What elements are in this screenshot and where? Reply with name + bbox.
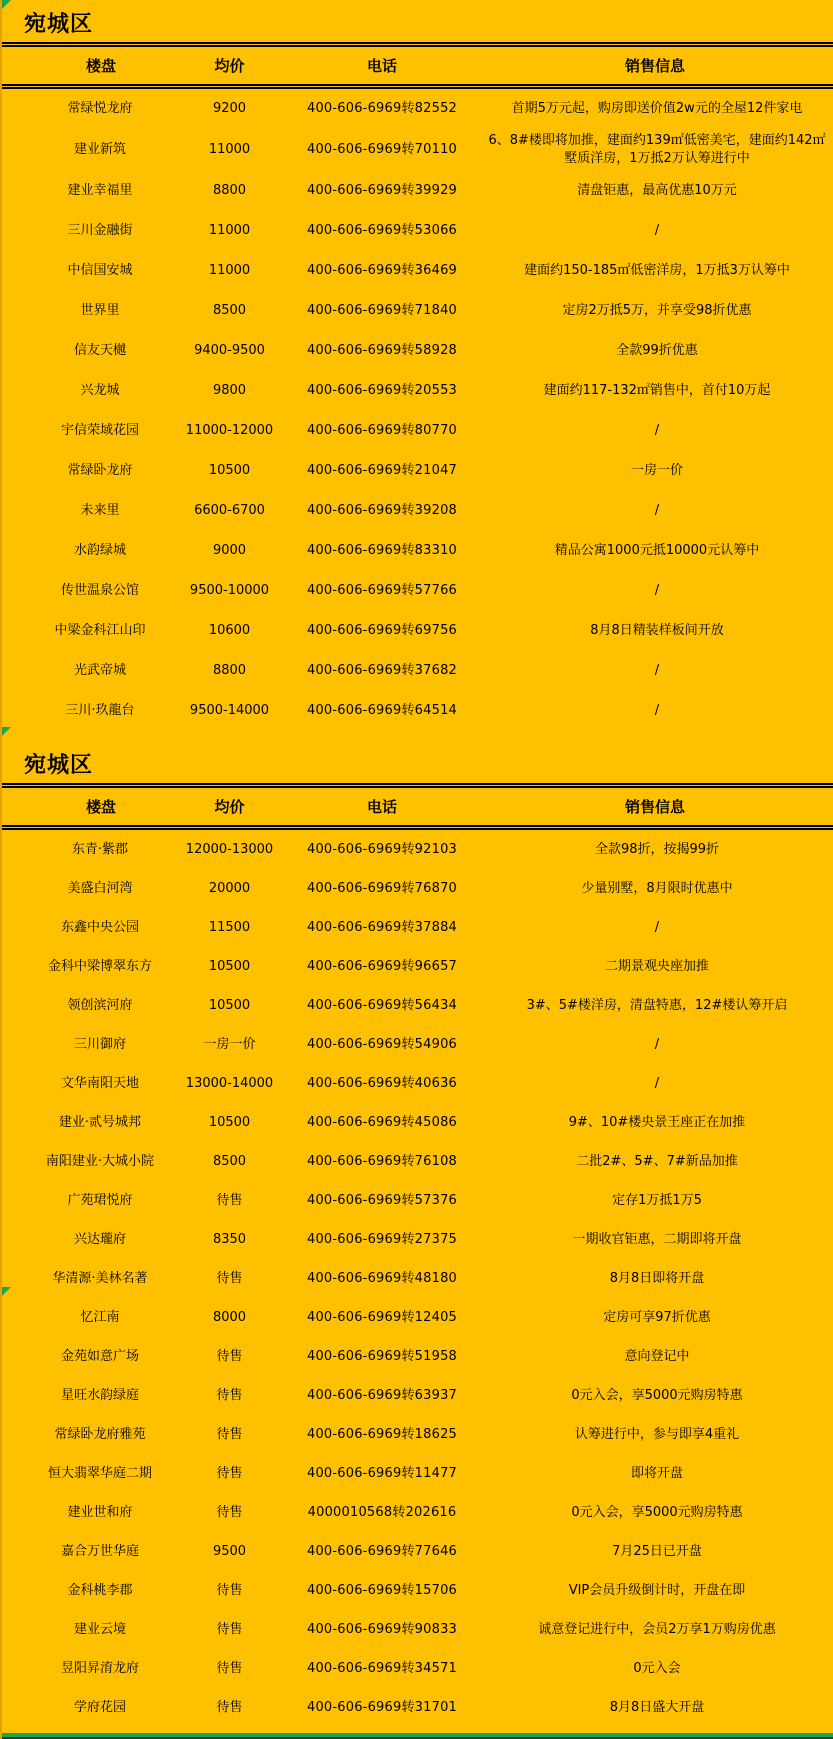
cell-avg-price: 8350 bbox=[172, 1228, 287, 1252]
table-row: 未来里 6600-6700 400-606-6969转39208 / bbox=[2, 491, 833, 531]
cell-property-name: 未来里 bbox=[2, 499, 172, 523]
column-header-name: 楼盘 bbox=[2, 796, 172, 817]
cell-avg-price: 11000 bbox=[172, 219, 287, 243]
cell-avg-price: 11000 bbox=[172, 138, 287, 162]
table-row: 星旺水韵绿庭 待售 400-606-6969转63937 0元入会，享5000元… bbox=[2, 1376, 833, 1415]
cell-avg-price: 10500 bbox=[172, 955, 287, 979]
cell-sales-info: / bbox=[477, 419, 833, 443]
cell-sales-info: / bbox=[477, 219, 833, 243]
cell-property-name: 光武帝城 bbox=[2, 659, 172, 683]
cell-phone-number: 400-606-6969转83310 bbox=[287, 539, 477, 563]
table-row: 学府花园 待售 400-606-6969转31701 8月8日盛大开盘 bbox=[2, 1688, 833, 1727]
cell-sales-info: 定存1万抵1万5 bbox=[477, 1189, 833, 1213]
cell-avg-price: 6600-6700 bbox=[172, 499, 287, 523]
cell-sales-info: 定房可享97折优惠 bbox=[477, 1306, 833, 1330]
table-row: 信友天樾 9400-9500 400-606-6969转58928 全款99折优… bbox=[2, 331, 833, 371]
cell-avg-price: 9500-14000 bbox=[172, 699, 287, 723]
cell-property-name: 忆江南 bbox=[2, 1306, 172, 1330]
cell-sales-info: VIP会员升级倒计时，开盘在即 bbox=[477, 1579, 833, 1603]
cell-sales-info: 3#、5#楼洋房，清盘特惠，12#楼认筹开启 bbox=[477, 994, 833, 1018]
table-row: 建业·贰号城邦 10500 400-606-6969转45086 9#、10#楼… bbox=[2, 1103, 833, 1142]
cell-phone-number: 4000010568转202616 bbox=[287, 1501, 477, 1525]
cell-sales-info: 全款99折优惠 bbox=[477, 339, 833, 363]
table-header-row: 楼盘 均价 电话 销售信息 bbox=[2, 783, 833, 830]
cell-avg-price: 待售 bbox=[172, 1384, 287, 1408]
cell-phone-number: 400-606-6969转51958 bbox=[287, 1345, 477, 1369]
cell-phone-number: 400-606-6969转39208 bbox=[287, 499, 477, 523]
cell-property-name: 常绿卧龙府雅苑 bbox=[2, 1423, 172, 1447]
table-row: 广苑珺悦府 待售 400-606-6969转57376 定存1万抵1万5 bbox=[2, 1181, 833, 1220]
cell-avg-price: 待售 bbox=[172, 1618, 287, 1642]
cell-avg-price: 10500 bbox=[172, 1111, 287, 1135]
cell-avg-price: 9200 bbox=[172, 97, 287, 121]
cell-sales-info: 定房2万抵5万，并享受98折优惠 bbox=[477, 299, 833, 323]
cell-avg-price: 8800 bbox=[172, 659, 287, 683]
cell-sales-info: 首期5万元起，购房即送价值2w元的全屋12件家电 bbox=[477, 97, 833, 121]
table-body: 东青·紫郡 12000-13000 400-606-6969转92103 全款9… bbox=[2, 830, 833, 1727]
cell-property-name: 宇信荣域花园 bbox=[2, 419, 172, 443]
table-row: 建业新筑 11000 400-606-6969转70110 6、8#楼即将加推，… bbox=[2, 129, 833, 171]
table-row: 领创滨河府 10500 400-606-6969转56434 3#、5#楼洋房，… bbox=[2, 986, 833, 1025]
table-row: 常绿卧龙府雅苑 待售 400-606-6969转18625 认筹进行中，参与即享… bbox=[2, 1415, 833, 1454]
table-row: 东鑫中央公园 11500 400-606-6969转37884 / bbox=[2, 908, 833, 947]
cell-sales-info: 一期收官钜惠，二期即将开盘 bbox=[477, 1228, 833, 1252]
cell-property-name: 美盛白河湾 bbox=[2, 877, 172, 901]
cell-sales-info: 少量别墅，8月限时优惠中 bbox=[477, 877, 833, 901]
cell-avg-price: 9500 bbox=[172, 1540, 287, 1564]
cell-avg-price: 11000 bbox=[172, 259, 287, 283]
cell-sales-info: 建面约150-185㎡低密洋房，1万抵3万认筹中 bbox=[477, 259, 833, 283]
cell-avg-price: 13000-14000 bbox=[172, 1072, 287, 1096]
cell-phone-number: 400-606-6969转48180 bbox=[287, 1267, 477, 1291]
column-header-name: 楼盘 bbox=[2, 55, 172, 76]
cell-avg-price: 待售 bbox=[172, 1579, 287, 1603]
cell-property-name: 领创滨河府 bbox=[2, 994, 172, 1018]
cell-phone-number: 400-606-6969转64514 bbox=[287, 699, 477, 723]
table-row: 嘉合万世华庭 9500 400-606-6969转77646 7月25日已开盘 bbox=[2, 1532, 833, 1571]
cell-property-name: 建业世和府 bbox=[2, 1501, 172, 1525]
cell-phone-number: 400-606-6969转39929 bbox=[287, 179, 477, 203]
cell-property-name: 学府花园 bbox=[2, 1696, 172, 1720]
cell-sales-info: / bbox=[477, 579, 833, 603]
table-row: 水韵绿城 9000 400-606-6969转83310 精品公寓1000元抵1… bbox=[2, 531, 833, 571]
cell-property-name: 兴达瓏府 bbox=[2, 1228, 172, 1252]
cell-phone-number: 400-606-6969转34571 bbox=[287, 1657, 477, 1681]
table-row: 南阳建业·大城小院 8500 400-606-6969转76108 二批2#、5… bbox=[2, 1142, 833, 1181]
cell-phone-number: 400-606-6969转31701 bbox=[287, 1696, 477, 1720]
cell-property-name: 常绿卧龙府 bbox=[2, 459, 172, 483]
cell-sales-info: 7月25日已开盘 bbox=[477, 1540, 833, 1564]
cell-phone-number: 400-606-6969转80770 bbox=[287, 419, 477, 443]
cell-sales-info: / bbox=[477, 1033, 833, 1057]
cell-phone-number: 400-606-6969转57376 bbox=[287, 1189, 477, 1213]
section-title: 宛城区 bbox=[24, 7, 93, 38]
table-row: 昱阳昇淯龙府 待售 400-606-6969转34571 0元入会 bbox=[2, 1649, 833, 1688]
table-row: 三川金融街 11000 400-606-6969转53066 / bbox=[2, 211, 833, 251]
section-title: 宛城区 bbox=[24, 748, 93, 779]
cell-phone-number: 400-606-6969转76108 bbox=[287, 1150, 477, 1174]
table-row: 建业云境 待售 400-606-6969转90833 诚意登记进行中，会员2万享… bbox=[2, 1610, 833, 1649]
cell-sales-info: 即将开盘 bbox=[477, 1462, 833, 1486]
cell-phone-number: 400-606-6969转69756 bbox=[287, 619, 477, 643]
cell-phone-number: 400-606-6969转45086 bbox=[287, 1111, 477, 1135]
cell-avg-price: 8800 bbox=[172, 179, 287, 203]
table-row: 建业幸福里 8800 400-606-6969转39929 清盘钜惠，最高优惠1… bbox=[2, 171, 833, 211]
cell-avg-price: 9400-9500 bbox=[172, 339, 287, 363]
cell-phone-number: 400-606-6969转77646 bbox=[287, 1540, 477, 1564]
cell-avg-price: 10600 bbox=[172, 619, 287, 643]
cell-phone-number: 400-606-6969转37682 bbox=[287, 659, 477, 683]
corner-mark-green-mid bbox=[2, 727, 11, 736]
cell-property-name: 金科中梁博翠东方 bbox=[2, 955, 172, 979]
cell-sales-info: 二期景观央座加推 bbox=[477, 955, 833, 979]
cell-phone-number: 400-606-6969转56434 bbox=[287, 994, 477, 1018]
cell-phone-number: 400-606-6969转71840 bbox=[287, 299, 477, 323]
cell-avg-price: 10500 bbox=[172, 459, 287, 483]
table-row: 忆江南 8000 400-606-6969转12405 定房可享97折优惠 bbox=[2, 1298, 833, 1337]
cell-property-name: 三川金融街 bbox=[2, 219, 172, 243]
cell-sales-info: 认筹进行中，参与即享4重礼 bbox=[477, 1423, 833, 1447]
cell-avg-price: 待售 bbox=[172, 1501, 287, 1525]
table-row: 中梁金科江山印 10600 400-606-6969转69756 8月8日精装样… bbox=[2, 611, 833, 651]
cell-avg-price: 10500 bbox=[172, 994, 287, 1018]
cell-property-name: 世界里 bbox=[2, 299, 172, 323]
cell-phone-number: 400-606-6969转54906 bbox=[287, 1033, 477, 1057]
cell-phone-number: 400-606-6969转37884 bbox=[287, 916, 477, 940]
cell-sales-info: 二批2#、5#、7#新品加推 bbox=[477, 1150, 833, 1174]
cell-avg-price: 12000-13000 bbox=[172, 838, 287, 862]
section-title-band: 宛城区 bbox=[2, 2, 833, 42]
cell-phone-number: 400-606-6969转18625 bbox=[287, 1423, 477, 1447]
table-row: 世界里 8500 400-606-6969转71840 定房2万抵5万，并享受9… bbox=[2, 291, 833, 331]
cell-avg-price: 11000-12000 bbox=[172, 419, 287, 443]
table-row: 传世温泉公馆 9500-10000 400-606-6969转57766 / bbox=[2, 571, 833, 611]
cell-sales-info: / bbox=[477, 699, 833, 723]
cell-phone-number: 400-606-6969转70110 bbox=[287, 138, 477, 162]
cell-property-name: 金苑如意广场 bbox=[2, 1345, 172, 1369]
cell-property-name: 信友天樾 bbox=[2, 339, 172, 363]
cell-property-name: 东鑫中央公园 bbox=[2, 916, 172, 940]
column-header-price: 均价 bbox=[172, 796, 287, 817]
cell-sales-info: / bbox=[477, 916, 833, 940]
cell-property-name: 建业云境 bbox=[2, 1618, 172, 1642]
table-body: 常绿悦龙府 9200 400-606-6969转82552 首期5万元起，购房即… bbox=[2, 89, 833, 731]
cell-property-name: 三川·玖龍台 bbox=[2, 699, 172, 723]
cell-avg-price: 8500 bbox=[172, 1150, 287, 1174]
cell-property-name: 东青·紫郡 bbox=[2, 838, 172, 862]
cell-phone-number: 400-606-6969转76870 bbox=[287, 877, 477, 901]
column-header-info: 销售信息 bbox=[477, 796, 833, 817]
cell-property-name: 三川御府 bbox=[2, 1033, 172, 1057]
section-title-band: 宛城区 bbox=[2, 743, 833, 783]
cell-phone-number: 400-606-6969转12405 bbox=[287, 1306, 477, 1330]
table-row: 常绿卧龙府 10500 400-606-6969转21047 一房一价 bbox=[2, 451, 833, 491]
cell-phone-number: 400-606-6969转90833 bbox=[287, 1618, 477, 1642]
cell-sales-info: / bbox=[477, 659, 833, 683]
cell-phone-number: 400-606-6969转20553 bbox=[287, 379, 477, 403]
column-header-phone: 电话 bbox=[287, 55, 477, 76]
cell-phone-number: 400-606-6969转63937 bbox=[287, 1384, 477, 1408]
cell-property-name: 华清源·美林名著 bbox=[2, 1267, 172, 1291]
table-row: 兴龙城 9800 400-606-6969转20553 建面约117-132㎡销… bbox=[2, 371, 833, 411]
cell-sales-info: 建面约117-132㎡销售中，首付10万起 bbox=[477, 379, 833, 403]
table-header-row: 楼盘 均价 电话 销售信息 bbox=[2, 42, 833, 89]
table-row: 三川·玖龍台 9500-14000 400-606-6969转64514 / bbox=[2, 691, 833, 731]
table-row: 金苑如意广场 待售 400-606-6969转51958 意向登记中 bbox=[2, 1337, 833, 1376]
cell-phone-number: 400-606-6969转92103 bbox=[287, 838, 477, 862]
table-row: 宇信荣域花园 11000-12000 400-606-6969转80770 / bbox=[2, 411, 833, 451]
cell-avg-price: 待售 bbox=[172, 1696, 287, 1720]
table-row: 光武帝城 8800 400-606-6969转37682 / bbox=[2, 651, 833, 691]
cell-property-name: 常绿悦龙府 bbox=[2, 97, 172, 121]
cell-phone-number: 400-606-6969转58928 bbox=[287, 339, 477, 363]
district-section: 宛城区 楼盘 均价 电话 销售信息 东青·紫郡 12000-13000 400-… bbox=[2, 743, 833, 1727]
table-row: 三川御府 一房一价 400-606-6969转54906 / bbox=[2, 1025, 833, 1064]
cell-sales-info: 诚意登记进行中，会员2万享1万购房优惠 bbox=[477, 1618, 833, 1642]
cell-phone-number: 400-606-6969转36469 bbox=[287, 259, 477, 283]
cell-sales-info: / bbox=[477, 1072, 833, 1096]
cell-sales-info: 8月8日盛大开盘 bbox=[477, 1696, 833, 1720]
cell-avg-price: 9000 bbox=[172, 539, 287, 563]
cell-avg-price: 9500-10000 bbox=[172, 579, 287, 603]
table-row: 常绿悦龙府 9200 400-606-6969转82552 首期5万元起，购房即… bbox=[2, 89, 833, 129]
column-header-phone: 电话 bbox=[287, 796, 477, 817]
corner-mark-green-top bbox=[2, 0, 11, 9]
cell-property-name: 中信国安城 bbox=[2, 259, 172, 283]
cell-avg-price: 待售 bbox=[172, 1267, 287, 1291]
cell-sales-info: 意向登记中 bbox=[477, 1345, 833, 1369]
column-header-info: 销售信息 bbox=[477, 55, 833, 76]
cell-property-name: 昱阳昇淯龙府 bbox=[2, 1657, 172, 1681]
cell-sales-info: 8月8日精装样板间开放 bbox=[477, 619, 833, 643]
cell-phone-number: 400-606-6969转11477 bbox=[287, 1462, 477, 1486]
cell-property-name: 建业·贰号城邦 bbox=[2, 1111, 172, 1135]
cell-avg-price: 8000 bbox=[172, 1306, 287, 1330]
cell-sales-info: 全款98折，按揭99折 bbox=[477, 838, 833, 862]
cell-property-name: 建业新筑 bbox=[2, 138, 172, 162]
cell-property-name: 建业幸福里 bbox=[2, 179, 172, 203]
cell-property-name: 中梁金科江山印 bbox=[2, 619, 172, 643]
cell-property-name: 广苑珺悦府 bbox=[2, 1189, 172, 1213]
table-row: 文华南阳天地 13000-14000 400-606-6969转40636 / bbox=[2, 1064, 833, 1103]
cell-sales-info: 精品公寓1000元抵10000元认筹中 bbox=[477, 539, 833, 563]
table-row: 金科中梁博翠东方 10500 400-606-6969转96657 二期景观央座… bbox=[2, 947, 833, 986]
district-section: 宛城区 楼盘 均价 电话 销售信息 常绿悦龙府 9200 400-606-696… bbox=[2, 2, 833, 731]
table-row: 恒大翡翠华庭二期 待售 400-606-6969转11477 即将开盘 bbox=[2, 1454, 833, 1493]
cell-avg-price: 8500 bbox=[172, 299, 287, 323]
cell-avg-price: 待售 bbox=[172, 1189, 287, 1213]
cell-avg-price: 待售 bbox=[172, 1657, 287, 1681]
cell-avg-price: 11500 bbox=[172, 916, 287, 940]
cell-sales-info: 一房一价 bbox=[477, 459, 833, 483]
cell-sales-info: 0元入会 bbox=[477, 1657, 833, 1681]
cell-phone-number: 400-606-6969转96657 bbox=[287, 955, 477, 979]
cell-phone-number: 400-606-6969转57766 bbox=[287, 579, 477, 603]
cell-sales-info: / bbox=[477, 499, 833, 523]
cell-phone-number: 400-606-6969转15706 bbox=[287, 1579, 477, 1603]
cell-property-name: 水韵绿城 bbox=[2, 539, 172, 563]
table-row: 兴达瓏府 8350 400-606-6969转27375 一期收官钜惠，二期即将… bbox=[2, 1220, 833, 1259]
cell-property-name: 嘉合万世华庭 bbox=[2, 1540, 172, 1564]
cell-sales-info: 0元入会，享5000元购房特惠 bbox=[477, 1384, 833, 1408]
cell-sales-info: 清盘钜惠，最高优惠10万元 bbox=[477, 179, 833, 203]
cell-property-name: 星旺水韵绿庭 bbox=[2, 1384, 172, 1408]
table-row: 美盛白河湾 20000 400-606-6969转76870 少量别墅，8月限时… bbox=[2, 869, 833, 908]
cell-property-name: 恒大翡翠华庭二期 bbox=[2, 1462, 172, 1486]
cell-property-name: 金科桃李郡 bbox=[2, 1579, 172, 1603]
bottom-green-border bbox=[2, 1733, 833, 1739]
cell-property-name: 兴龙城 bbox=[2, 379, 172, 403]
cell-avg-price: 待售 bbox=[172, 1462, 287, 1486]
cell-phone-number: 400-606-6969转82552 bbox=[287, 97, 477, 121]
cell-sales-info: 0元入会，享5000元购房特惠 bbox=[477, 1501, 833, 1525]
cell-avg-price: 9800 bbox=[172, 379, 287, 403]
cell-avg-price: 一房一价 bbox=[172, 1033, 287, 1057]
table-row: 东青·紫郡 12000-13000 400-606-6969转92103 全款9… bbox=[2, 830, 833, 869]
column-header-price: 均价 bbox=[172, 55, 287, 76]
table-row: 中信国安城 11000 400-606-6969转36469 建面约150-18… bbox=[2, 251, 833, 291]
cell-phone-number: 400-606-6969转53066 bbox=[287, 219, 477, 243]
listing-page: 宛城区 楼盘 均价 电话 销售信息 常绿悦龙府 9200 400-606-696… bbox=[2, 0, 833, 1739]
cell-sales-info: 6、8#楼即将加推，建面约139㎡低密美宅，建面约142㎡墅质洋房，1万抵2万认… bbox=[477, 129, 833, 171]
table-row: 建业世和府 待售 4000010568转202616 0元入会，享5000元购房… bbox=[2, 1493, 833, 1532]
sections-root: 宛城区 楼盘 均价 电话 销售信息 常绿悦龙府 9200 400-606-696… bbox=[2, 2, 833, 1727]
cell-phone-number: 400-606-6969转21047 bbox=[287, 459, 477, 483]
cell-avg-price: 待售 bbox=[172, 1423, 287, 1447]
cell-avg-price: 待售 bbox=[172, 1345, 287, 1369]
cell-property-name: 南阳建业·大城小院 bbox=[2, 1150, 172, 1174]
corner-mark-green-low bbox=[2, 1287, 11, 1296]
cell-property-name: 传世温泉公馆 bbox=[2, 579, 172, 603]
cell-sales-info: 8月8日即将开盘 bbox=[477, 1267, 833, 1291]
cell-sales-info: 9#、10#楼央景王座正在加推 bbox=[477, 1111, 833, 1135]
cell-phone-number: 400-606-6969转27375 bbox=[287, 1228, 477, 1252]
cell-avg-price: 20000 bbox=[172, 877, 287, 901]
table-row: 华清源·美林名著 待售 400-606-6969转48180 8月8日即将开盘 bbox=[2, 1259, 833, 1298]
cell-phone-number: 400-606-6969转40636 bbox=[287, 1072, 477, 1096]
cell-property-name: 文华南阳天地 bbox=[2, 1072, 172, 1096]
table-row: 金科桃李郡 待售 400-606-6969转15706 VIP会员升级倒计时，开… bbox=[2, 1571, 833, 1610]
